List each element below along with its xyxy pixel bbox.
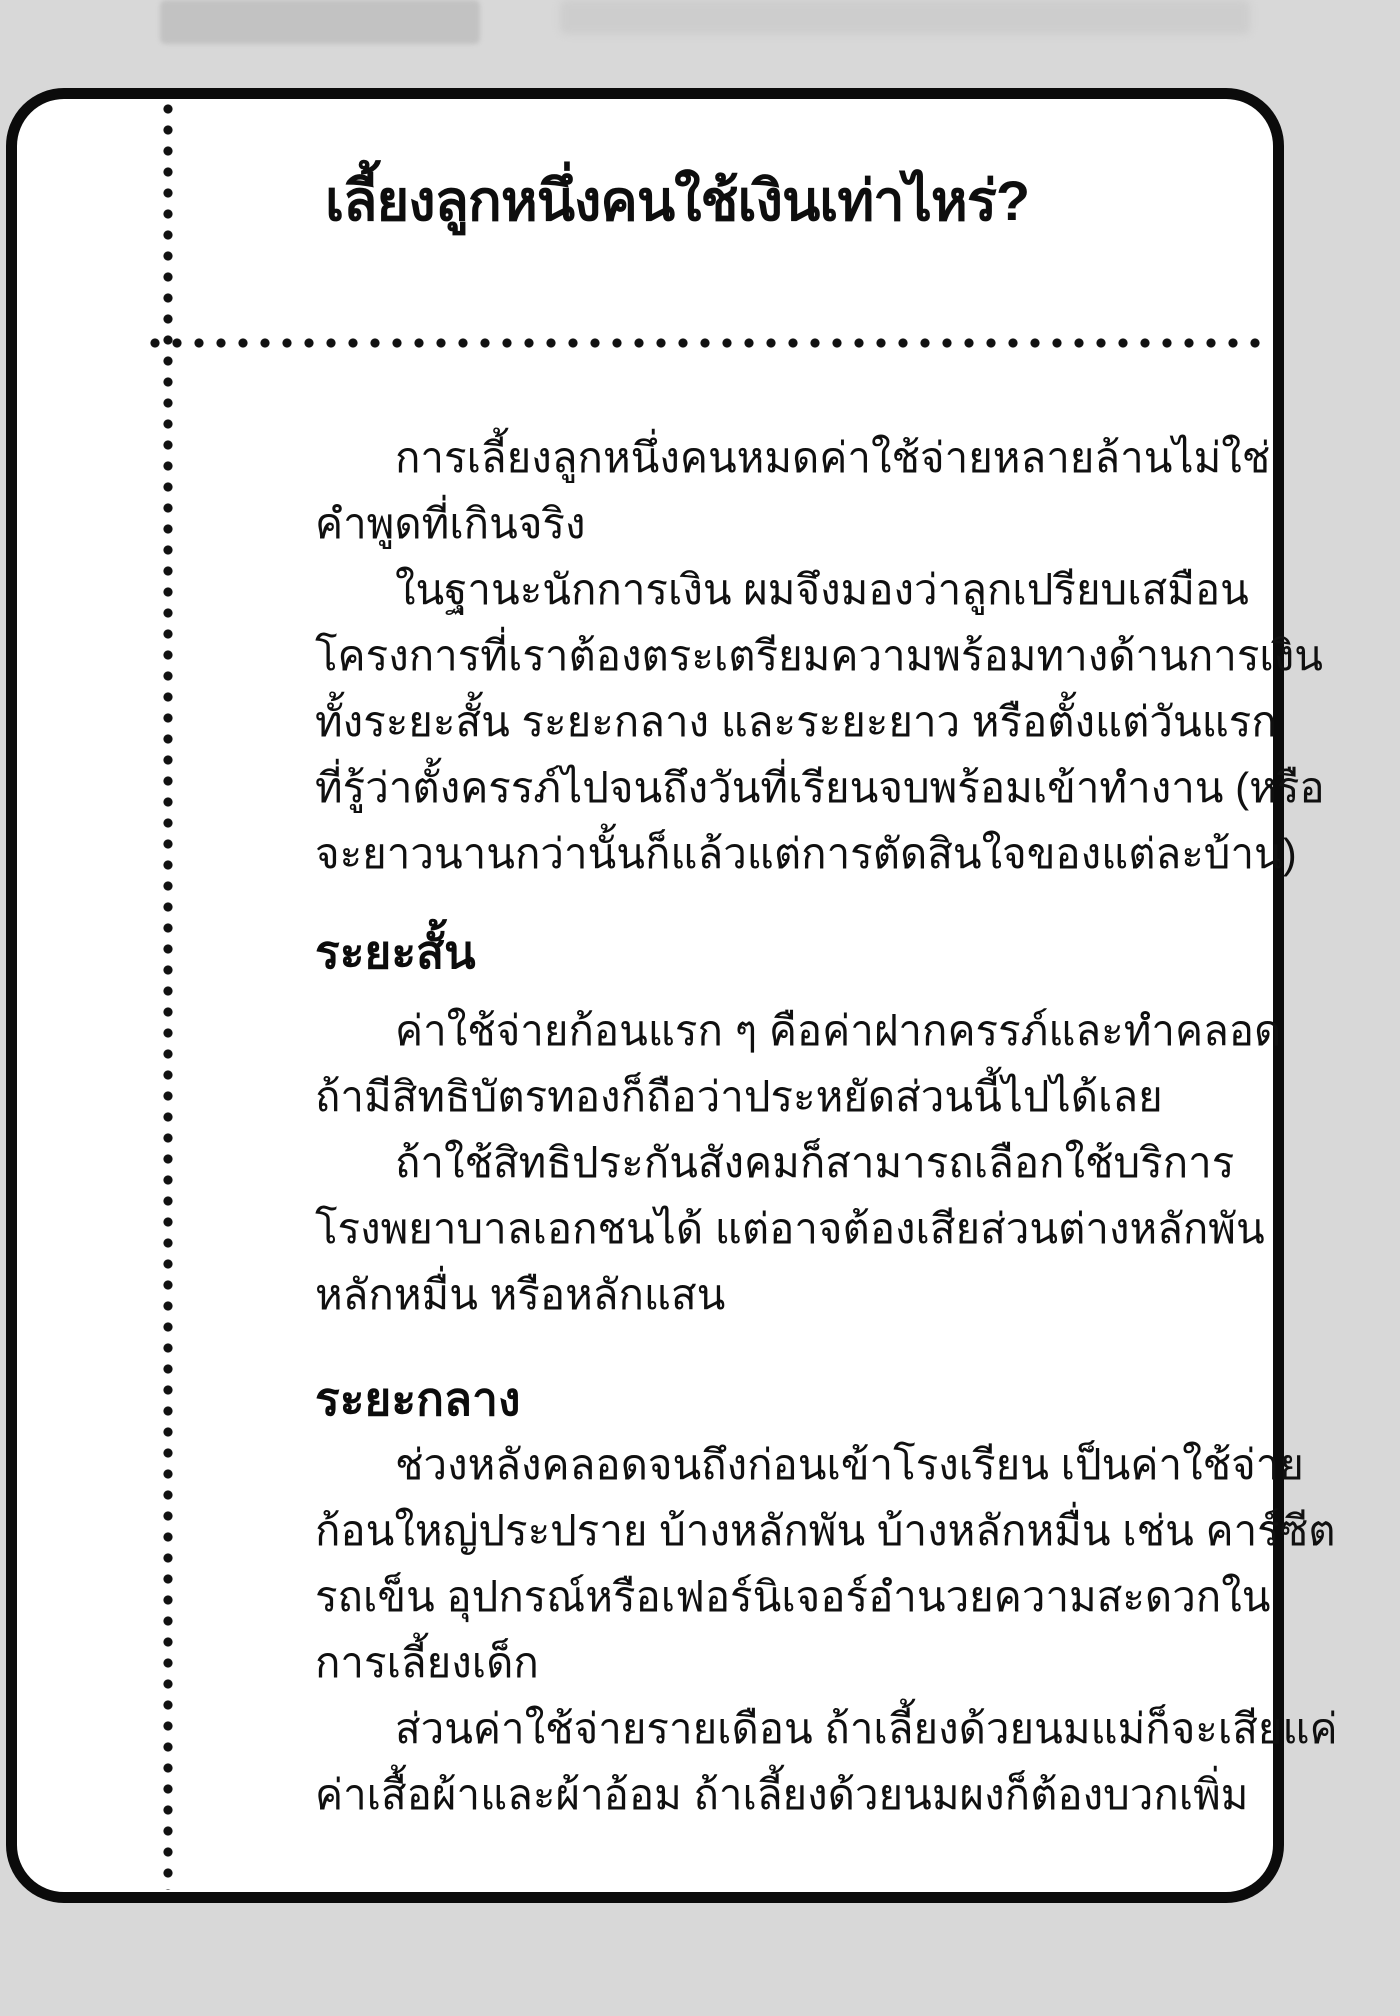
margin-dotted-rule xyxy=(163,104,173,1890)
top-bar-artifact xyxy=(560,0,1250,34)
medium-term-paragraph-2: ส่วนค่าใช้จ่ายรายเดือน ถ้าเลี้ยงด้วยนมแม… xyxy=(315,1696,1245,1828)
text-line: ถ้ามีสิทธิบัตรทองก็ถือว่าประหยัดส่วนนี้ไ… xyxy=(315,1064,1245,1130)
text-line: ก้อนใหญ่ประปราย บ้างหลักพัน บ้างหลักหมื่… xyxy=(315,1498,1245,1564)
text-line: โครงการที่เราต้องตระเตรียมความพร้อมทางด้… xyxy=(315,623,1245,689)
text-line: ที่รู้ว่าตั้งครรภ์ไปจนถึงวันที่เรียนจบพร… xyxy=(315,755,1245,821)
section-heading-medium-term: ระยะกลาง xyxy=(315,1366,1245,1432)
text-line: ค่าเสื้อผ้าและผ้าอ้อม ถ้าเลี้ยงด้วยนมผงก… xyxy=(315,1762,1245,1828)
text-line: รถเข็น อุปกรณ์หรือเฟอร์นิเจอร์อำนวยความส… xyxy=(315,1564,1245,1630)
text-line: โรงพยาบาลเอกชนได้ แต่อาจต้องเสียส่วนต่าง… xyxy=(315,1196,1245,1262)
body-text: การเลี้ยงลูกหนึ่งคนหมดค่าใช้จ่ายหลายล้าน… xyxy=(315,425,1245,1828)
text-line: การเลี้ยงเด็ก xyxy=(315,1630,1245,1696)
medium-term-paragraph-1: ช่วงหลังคลอดจนถึงก่อนเข้าโรงเรียน เป็นค่… xyxy=(315,1432,1245,1696)
text-line: จะยาวนานกว่านั้นก็แล้วแต่การตัดสินใจของแ… xyxy=(315,821,1245,887)
text-line: ในฐานะนักการเงิน ผมจึงมองว่าลูกเปรียบเสม… xyxy=(315,557,1245,623)
screenshot-stage: เลี้ยงลูกหนึ่งคนใช้เงินเท่าไหร่? การเลี้… xyxy=(0,0,1400,2016)
text-line: ถ้าใช้สิทธิประกันสังคมก็สามารถเลือกใช้บร… xyxy=(315,1130,1245,1196)
short-term-paragraph-2: ถ้าใช้สิทธิประกันสังคมก็สามารถเลือกใช้บร… xyxy=(315,1130,1245,1328)
text-line: ส่วนค่าใช้จ่ายรายเดือน ถ้าเลี้ยงด้วยนมแม… xyxy=(315,1696,1245,1762)
text-line: ค่าใช้จ่ายก้อนแรก ๆ คือค่าฝากครรภ์และทำค… xyxy=(315,998,1245,1064)
text-line: การเลี้ยงลูกหนึ่งคนหมดค่าใช้จ่ายหลายล้าน… xyxy=(315,425,1245,491)
intro-paragraph-1: การเลี้ยงลูกหนึ่งคนหมดค่าใช้จ่ายหลายล้าน… xyxy=(315,425,1245,557)
text-line: ช่วงหลังคลอดจนถึงก่อนเข้าโรงเรียน เป็นค่… xyxy=(315,1432,1245,1498)
intro-paragraph-2: ในฐานะนักการเงิน ผมจึงมองว่าลูกเปรียบเสม… xyxy=(315,557,1245,887)
top-bar-artifact xyxy=(160,0,480,44)
text-line: คำพูดที่เกินจริง xyxy=(315,491,1245,557)
title-dotted-separator xyxy=(150,338,1262,348)
short-term-paragraph-1: ค่าใช้จ่ายก้อนแรก ๆ คือค่าฝากครรภ์และทำค… xyxy=(315,998,1245,1130)
text-line: หลักหมื่น หรือหลักแสน xyxy=(315,1262,1245,1328)
text-line: ทั้งระยะสั้น ระยะกลาง และระยะยาว หรือตั้… xyxy=(315,689,1245,755)
page-title: เลี้ยงลูกหนึ่งคนใช้เงินเท่าไหร่? xyxy=(325,156,1255,245)
section-heading-short-term: ระยะสั้น xyxy=(315,919,1245,985)
